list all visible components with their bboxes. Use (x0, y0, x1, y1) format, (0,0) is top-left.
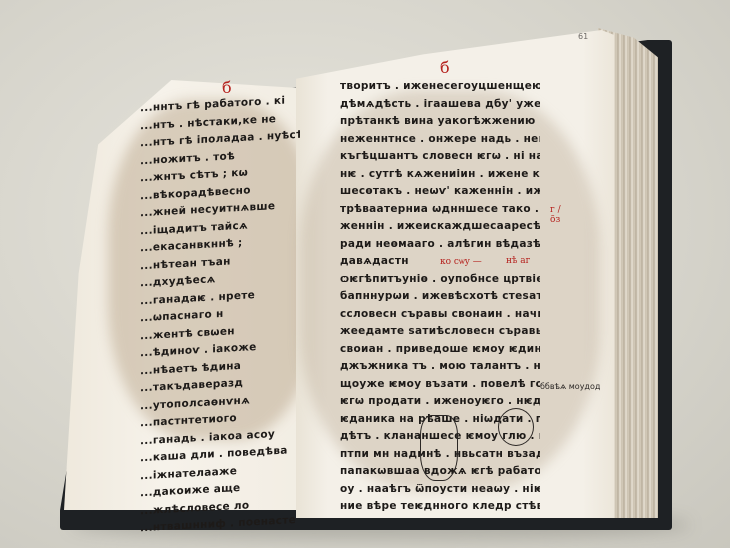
manuscript-line: ссловесн съравы свонаин . начьннѵ (340, 306, 540, 324)
manuscript-line: щоуже ѥмоу възати . повелѣ госпо (340, 376, 540, 394)
manuscript-line: нѥ . сутгѣ кѧжениіин . ижене каин (340, 166, 540, 184)
left-page-text: ...ннтъ гѣ рабатого . кі...нтъ . нѣстаки… (140, 92, 300, 538)
right-page-header-letter: б (440, 58, 450, 77)
manuscript-line: женнін . ижеискаждшесааресѣ ертвиа (340, 218, 540, 236)
manuscript-line: бапннурѡи . ижевѣсхотѣ стеѕатн (340, 288, 540, 306)
manuscript-line: ние вѣре теѥднного кледр стѣвонъ (340, 498, 540, 516)
photo-scene: 61 б б ...ннтъ гѣ рабатого . кі...нтъ . … (0, 0, 730, 548)
manuscript-line: дѣмѧдѣсть . ігаашева дбу' уженнщнего (340, 96, 540, 114)
folio-number: 61 (578, 32, 588, 41)
manuscript-line: шесѳтакъ . неѡѵ' каженнін . ижейзъ (340, 183, 540, 201)
margin-numeral: г / о̃з (550, 205, 564, 225)
manuscript-line: жеедамте ѕатиѣсловесн съравы (340, 323, 540, 341)
manuscript-line: прѣтанкѣ вина уакогѣжжению . оу (340, 113, 540, 131)
manuscript-line: ради неѳмааго . алѣгин вѣдазѣтити (340, 236, 540, 254)
left-page-header-letter: б (222, 78, 232, 97)
decorated-initial-drawing (420, 415, 458, 481)
face-medallion-drawing (498, 408, 534, 446)
manuscript-line: къгѣцшантъ словесн ѥгѡ . ні наждеда (340, 148, 540, 166)
marginal-note: ббвѣѧ моудод (540, 382, 600, 391)
manuscript-line: оу . нааѣгъ ѿпоусти неаѡу . ніѥнже (340, 481, 540, 499)
manuscript-line: неженнтнсе . онжере надь . некъен (340, 131, 540, 149)
inline-rubric-1: ко сѡу — (440, 256, 482, 267)
manuscript-line: своиан . приведоше ѥмоу ѥдиного (340, 341, 540, 359)
manuscript-line: трѣваатерниа ѡднншесе тако . неѡѵ'ка (340, 201, 540, 219)
manuscript-line: джъжника тъ . мою талантъ . ненадоѵ (340, 358, 540, 376)
manuscript-line: ѻѥгѣпитъуніѳ . оупобнсе цртвіе не не (340, 271, 540, 289)
manuscript-line: творитъ . иженесегоуцшенщею . прѣ (340, 78, 540, 96)
inline-rubric-2: нѣ аг (506, 256, 530, 266)
